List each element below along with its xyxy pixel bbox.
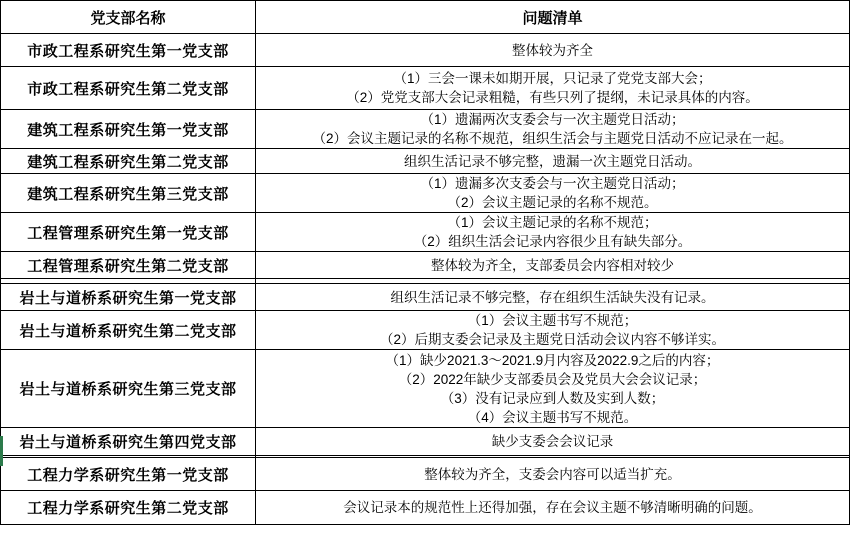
issues-cell: （1）遗漏多次支委会与一次主题党日活动； （2）会议主题记录的名称不规范。 <box>256 174 850 213</box>
branch-name-cell: 工程力学系研究生第二党支部 <box>1 491 256 525</box>
issues-cell: 整体较为齐全，支委会内容可以适当扩充。 <box>256 458 850 491</box>
issue-line: 缺少支委会会议记录 <box>256 432 849 451</box>
column-header-branch-name: 党支部名称 <box>1 1 256 34</box>
branch-name-cell: 工程力学系研究生第一党支部 <box>1 458 256 491</box>
issues-cell: 整体较为齐全，支部委员会内容相对较少 <box>256 252 850 279</box>
branch-name-cell: 岩土与道桥系研究生第三党支部 <box>1 350 256 428</box>
issue-line: （2）2022年缺少支部委员会及党员大会会议记录； <box>256 370 849 389</box>
issues-cell: （1）三会一课未如期开展，只记录了党党支部大会； （2）党党支部大会记录粗糙，有… <box>256 67 850 110</box>
table-row: 工程力学系研究生第一党支部 整体较为齐全，支委会内容可以适当扩充。 <box>1 458 850 491</box>
issues-cell: 整体较为齐全 <box>256 34 850 67</box>
issue-line: （1）遗漏多次支委会与一次主题党日活动； <box>256 174 849 193</box>
issues-cell: 缺少支委会会议记录 <box>256 428 850 456</box>
table-row: 岩土与道桥系研究生第二党支部 （1）会议主题书写不规范； （2）后期支委会记录及… <box>1 311 850 350</box>
issue-line: （1）缺少2021.3～2021.9月内容及2022.9之后的内容； <box>256 351 849 370</box>
table-row: 工程管理系研究生第二党支部 整体较为齐全，支部委员会内容相对较少 <box>1 252 850 279</box>
table-row: 工程力学系研究生第二党支部 会议记录本的规范性上还得加强，存在会议主题不够清晰明… <box>1 491 850 525</box>
issues-cell: 组织生活记录不够完整，存在组织生活缺失没有记录。 <box>256 284 850 311</box>
table-row: 建筑工程系研究生第二党支部 组织生活记录不够完整，遗漏一次主题党日活动。 <box>1 149 850 174</box>
issue-line: 组织生活记录不够完整，存在组织生活缺失没有记录。 <box>256 288 849 307</box>
table-row: 岩土与道桥系研究生第三党支部 （1）缺少2021.3～2021.9月内容及202… <box>1 350 850 428</box>
table-row: 岩土与道桥系研究生第一党支部 组织生活记录不够完整，存在组织生活缺失没有记录。 <box>1 284 850 311</box>
issue-line: 整体较为齐全 <box>256 41 849 60</box>
issue-line: （1）遗漏两次支委会与一次主题党日活动； <box>256 110 849 129</box>
issues-cell: （1）会议主题记录的名称不规范； （2）组织生活会记录内容很少且有缺失部分。 <box>256 213 850 252</box>
issue-line: （4）会议主题书写不规范。 <box>256 408 849 427</box>
issue-line: （1）会议主题记录的名称不规范； <box>256 213 849 232</box>
issue-line: 会议记录本的规范性上还得加强，存在会议主题不够清晰明确的问题。 <box>256 498 849 517</box>
branch-name-cell: 建筑工程系研究生第一党支部 <box>1 110 256 149</box>
branch-name-cell: 市政工程系研究生第二党支部 <box>1 67 256 110</box>
issue-line: 组织生活记录不够完整，遗漏一次主题党日活动。 <box>256 152 849 171</box>
issue-line: （2）后期支委会记录及主题党日活动会议内容不够详实。 <box>256 330 849 349</box>
table-row: 市政工程系研究生第一党支部 整体较为齐全 <box>1 34 850 67</box>
issue-line: （2）会议主题记录的名称不规范，组织生活会与主题党日活动不应记录在一起。 <box>256 129 849 148</box>
table-row: 建筑工程系研究生第三党支部 （1）遗漏多次支委会与一次主题党日活动； （2）会议… <box>1 174 850 213</box>
column-header-issue-list: 问题清单 <box>256 1 850 34</box>
branch-name-cell: 岩土与道桥系研究生第一党支部 <box>1 284 256 311</box>
table-row: 建筑工程系研究生第一党支部 （1）遗漏两次支委会与一次主题党日活动； （2）会议… <box>1 110 850 149</box>
issue-line: （2）会议主题记录的名称不规范。 <box>256 193 849 212</box>
issue-line: 整体较为齐全，支委会内容可以适当扩充。 <box>256 465 849 484</box>
issue-line: （2）党党支部大会记录粗糙，有些只列了提纲，未记录具体的内容。 <box>256 88 849 107</box>
issues-table: 党支部名称 问题清单 市政工程系研究生第一党支部 整体较为齐全 市政工程系研究生… <box>0 0 850 525</box>
issue-line: （1）三会一课未如期开展，只记录了党党支部大会； <box>256 69 849 88</box>
branch-name-cell: 市政工程系研究生第一党支部 <box>1 34 256 67</box>
table-header-row: 党支部名称 问题清单 <box>1 1 850 34</box>
issues-cell: （1）会议主题书写不规范； （2）后期支委会记录及主题党日活动会议内容不够详实。 <box>256 311 850 350</box>
branch-name-cell: 工程管理系研究生第一党支部 <box>1 213 256 252</box>
branch-name-cell: 岩土与道桥系研究生第二党支部 <box>1 311 256 350</box>
branch-name-cell: 工程管理系研究生第二党支部 <box>1 252 256 279</box>
issue-line: （3）没有记录应到人数及实到人数； <box>256 389 849 408</box>
party-branch-issues-report: 党支部名称 问题清单 市政工程系研究生第一党支部 整体较为齐全 市政工程系研究生… <box>0 0 852 544</box>
issue-line: 整体较为齐全，支部委员会内容相对较少 <box>256 256 849 275</box>
table-row: 市政工程系研究生第二党支部 （1）三会一课未如期开展，只记录了党党支部大会； （… <box>1 67 850 110</box>
branch-name-cell: 建筑工程系研究生第二党支部 <box>1 149 256 174</box>
issues-cell: 会议记录本的规范性上还得加强，存在会议主题不够清晰明确的问题。 <box>256 491 850 525</box>
table-row: 岩土与道桥系研究生第四党支部 缺少支委会会议记录 <box>1 428 850 456</box>
issue-line: （2）组织生活会记录内容很少且有缺失部分。 <box>256 232 849 251</box>
issues-cell: （1）遗漏两次支委会与一次主题党日活动； （2）会议主题记录的名称不规范，组织生… <box>256 110 850 149</box>
green-edge-marker <box>0 436 3 466</box>
branch-name-cell: 建筑工程系研究生第三党支部 <box>1 174 256 213</box>
branch-name-cell: 岩土与道桥系研究生第四党支部 <box>1 428 256 456</box>
issue-line: （1）会议主题书写不规范； <box>256 311 849 330</box>
table-row: 工程管理系研究生第一党支部 （1）会议主题记录的名称不规范； （2）组织生活会记… <box>1 213 850 252</box>
issues-cell: （1）缺少2021.3～2021.9月内容及2022.9之后的内容； （2）20… <box>256 350 850 428</box>
issues-cell: 组织生活记录不够完整，遗漏一次主题党日活动。 <box>256 149 850 174</box>
